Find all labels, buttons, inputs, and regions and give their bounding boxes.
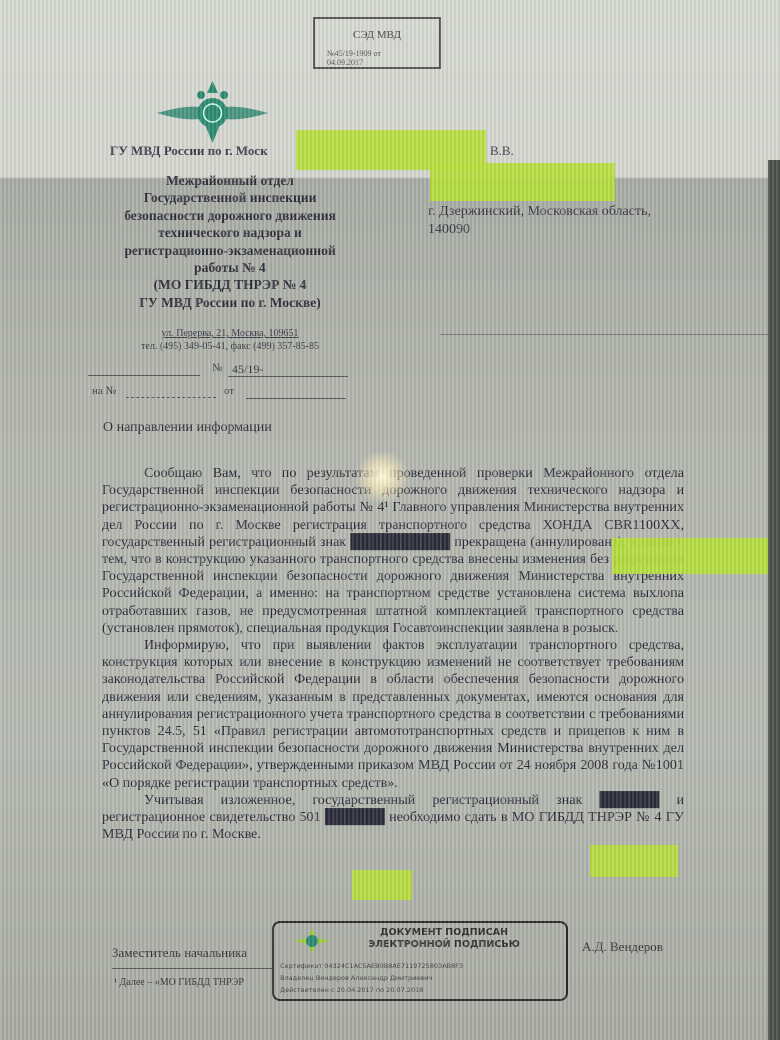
header-organization: ГУ МВД России по г. Моск: [110, 143, 268, 159]
camera-glare: [352, 452, 412, 502]
redaction-certificate-number: [352, 870, 412, 900]
mvd-emblem-icon: [155, 75, 270, 145]
redaction-recipient-address: [430, 163, 615, 201]
reply-date-line: [246, 398, 346, 399]
recipient-divider: [440, 334, 770, 335]
redaction-plate-number-2: [590, 845, 678, 877]
letter-body: Сообщаю Вам, что по результатам проведен…: [102, 465, 684, 843]
date-field-line: [88, 375, 200, 376]
monitor-bezel: [768, 160, 780, 1040]
esig-validity: Действителен с 20.04.2017 по 20.07.2018: [280, 986, 423, 994]
department-line: ГУ МВД России по г. Москве): [90, 294, 370, 311]
recipient-address: г. Дзержинский, Московская область, 1400…: [428, 203, 651, 239]
document-photo: СЭД МВД №45/19-1909 от 04.09.2017 ГУ МВД…: [0, 0, 780, 1040]
recipient-initials: В.В.: [490, 143, 514, 159]
stamp-title: СЭД МВД: [315, 29, 439, 41]
department-line: регистрационно-экзаменационной: [90, 242, 370, 259]
department-line: безопасности дорожного движения: [90, 207, 370, 224]
footnote: ¹ Далее – «МО ГИБДД ТНРЭР: [114, 977, 244, 988]
department-name: Межрайонный отдел Государственной инспек…: [90, 172, 370, 311]
body-paragraph: Информирую, что при выявлении фактов экс…: [102, 637, 684, 792]
electronic-signature-stamp: ДОКУМЕНТ ПОДПИСАН ЭЛЕКТРОННОЙ ПОДПИСЬЮ С…: [272, 921, 568, 1001]
esig-title: ДОКУМЕНТ ПОДПИСАН ЭЛЕКТРОННОЙ ПОДПИСЬЮ: [334, 927, 554, 951]
sender-phone: тел. (495) 349-05-41, факс (499) 357-85-…: [80, 341, 380, 352]
outgoing-number-label: №: [212, 362, 223, 374]
department-line: Государственной инспекции: [90, 189, 370, 206]
signature-divider: [112, 968, 272, 969]
stamp-date-line: 04.09.2017: [327, 58, 381, 67]
from-label: от: [224, 385, 234, 397]
recipient-city: г. Дзержинский, Московская область,: [428, 203, 651, 221]
body-paragraph: Учитывая изложенное, государственный рег…: [102, 792, 684, 844]
stamp-number: №45/19-1909 от 04.09.2017: [327, 49, 381, 67]
department-line: Межрайонный отдел: [90, 172, 370, 189]
stamp-number-line: №45/19-1909 от: [327, 49, 381, 58]
sender-address: ул. Перерва, 21, Москва, 109651: [80, 328, 380, 339]
signatory-name: А.Д. Вендеров: [582, 939, 663, 955]
sed-registration-stamp: СЭД МВД №45/19-1909 от 04.09.2017: [313, 17, 441, 69]
reply-to-label: на №: [92, 385, 116, 397]
recipient-postal-code: 140090: [428, 221, 651, 239]
department-line: (МО ГИБДД ТНРЭР № 4: [90, 276, 370, 293]
signatory-role: Заместитель начальника: [112, 945, 247, 961]
outgoing-number-line: [228, 376, 348, 377]
esig-owner: Владелец Вендеров Александр Дмитриевич: [280, 974, 432, 982]
department-line: работы № 4: [90, 259, 370, 276]
redaction-plate-number: [612, 538, 768, 574]
esig-title-line: ДОКУМЕНТ ПОДПИСАН: [334, 927, 554, 939]
esig-certificate: Сертификат 04324C1AC5AEB0B8AE7119725803A…: [280, 962, 463, 970]
mvd-emblem-icon: [294, 929, 330, 953]
reply-to-number-line: [126, 397, 216, 398]
esig-title-line: ЭЛЕКТРОННОЙ ПОДПИСЬЮ: [334, 939, 554, 951]
department-line: технического надзора и: [90, 224, 370, 241]
outgoing-number: 45/19-: [232, 362, 263, 377]
letter-subject: О направлении информации: [103, 420, 272, 436]
